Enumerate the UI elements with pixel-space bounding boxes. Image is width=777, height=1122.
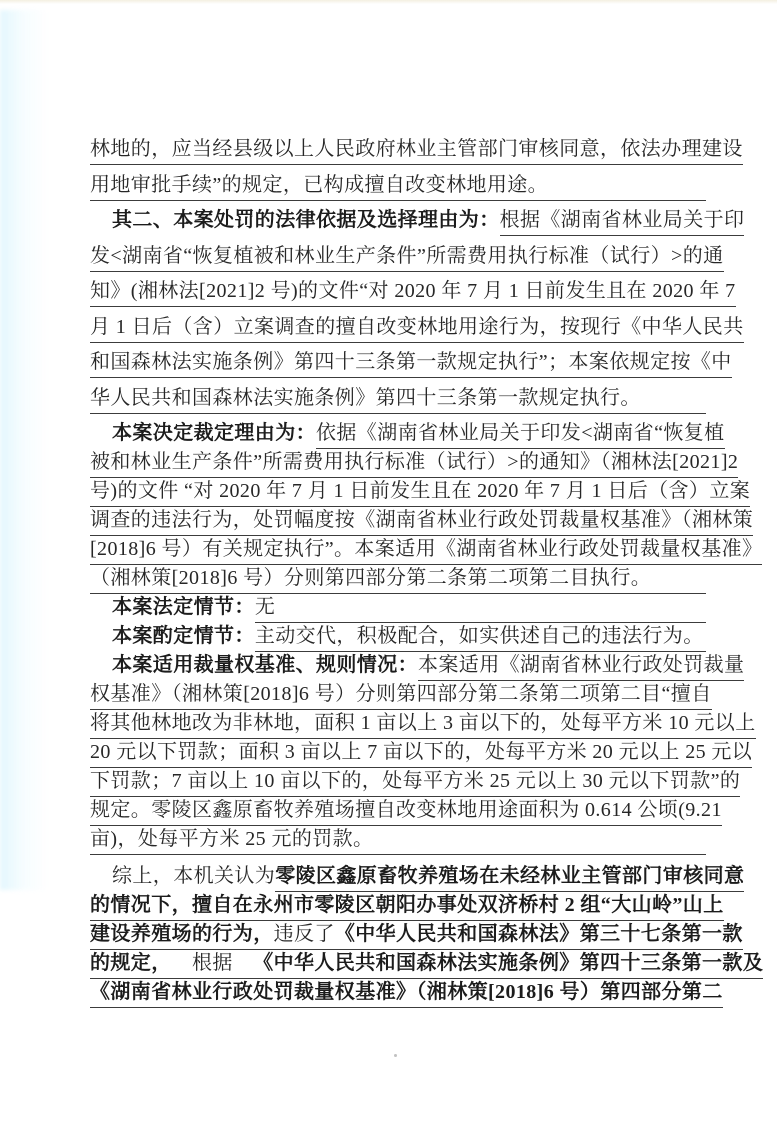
text-segment: 的情况下，擅自在永州市零陵区朝阳办事处双济桥村 2 组“大山岭”山上 (90, 893, 724, 921)
text-line: 和国森林法实施条例》第四十三条第一款规定执行”；本案依规定按《中 (90, 350, 706, 386)
underline-filler (641, 386, 706, 414)
text-segment: 权基准》（湘林策[2018]6 号）分则第四部分第二条第二项第二目“擅自 (90, 682, 712, 710)
text-line: 知》(湘林法[2021]2 号)的文件“对 2020 年 7 月 1 日前发生且… (90, 279, 706, 315)
text-segment: 《湖南省林业行政处罚裁量权基准》（湘林策[2018]6 号）第四部分第二 (90, 980, 723, 1008)
text-segment: 调查的违法行为，处罚幅度按《湖南省林业行政处罚裁量权基准》（湘林策 (90, 508, 753, 536)
text-line: 林地的，应当经县级以上人民政府林业主管部门审核同意，依法办理建设 (90, 137, 706, 173)
text-line: 下罚款；7 亩以上 10 亩以下的，处每平方米 25 元以上 30 元以下罚款”… (90, 769, 706, 798)
underline-filler (373, 827, 706, 855)
text-line: 20 元以下罚款；面积 3 亩以上 7 亩以下的，处每平方米 20 元以上 25… (90, 740, 706, 769)
text-segment: 号)的文件 “对 2020 年 7 月 1 日前发生且在 2020 年 7 月 … (90, 479, 750, 507)
text-segment: （湘林策[2018]6 号）分则第四部分第二条第二项第二目执行。 (90, 566, 651, 594)
text-segment: 主动交代，积极配合，如实供述自己的违法行为。 (255, 624, 704, 652)
text-segment: 根据《湖南省林业局关于印 (500, 208, 745, 236)
text-line: 亩)，处每平方米 25 元的罚款。 (90, 827, 706, 856)
underline-filler (275, 595, 706, 623)
text-line: 号)的文件 “对 2020 年 7 月 1 日前发生且在 2020 年 7 月 … (90, 479, 706, 508)
text-segment: 本案适用裁量权基准、规则情况： (112, 653, 418, 678)
text-segment: 发<湖南省“恢复植被和林业生产条件”所需费用执行标准（试行）>的通 (90, 244, 724, 272)
text-segment: 无 (255, 595, 275, 623)
text-segment: 《中华人民共和国森林法》第三十七条第一款 (335, 922, 743, 950)
text-segment: 根据 (172, 951, 254, 979)
text-segment: 和国森林法实施条例》第四十三条第一款规定执行”；本案依规定按《中 (90, 350, 732, 378)
text-segment: 华人民共和国森林法实施条例》第四十三条第一款规定执行。 (90, 386, 641, 414)
text-segment: 综上，本机关认为 (112, 864, 275, 889)
text-segment: 20 元以下罚款；面积 3 亩以上 7 亩以下的，处每平方米 20 元以上 25… (90, 740, 752, 768)
document-body: 林地的，应当经县级以上人民政府林业主管部门审核同意，依法办理建设用地审批手续”的… (90, 137, 706, 1009)
text-line: 《湖南省林业行政处罚裁量权基准》（湘林策[2018]6 号）第四部分第二 (90, 980, 706, 1009)
scan-left-edge-artifact (0, 10, 48, 890)
text-segment: 其二、本案处罚的法律依据及选择理由为： (112, 208, 500, 233)
text-line: 本案决定裁定理由为：依据《湖南省林业局关于印发<湖南省“恢复植 (90, 421, 706, 450)
text-segment: 依据《湖南省林业局关于印发<湖南省“恢复植 (316, 421, 725, 449)
text-segment: 本案适用《湖南省林业行政处罚裁量 (418, 653, 744, 681)
text-line: 本案法定情节：无 (90, 595, 706, 624)
text-line: 用地审批手续”的规定，已构成擅自改变林地用途。 (90, 173, 706, 209)
text-line: 其二、本案处罚的法律依据及选择理由为：根据《湖南省林业局关于印 (90, 208, 706, 244)
text-segment: 月 1 日后（含）立案调查的擅自改变林地用途行为，按现行《中华人民共 (90, 315, 744, 343)
text-segment: 本案酌定情节： (112, 624, 255, 649)
text-segment: 零陵区鑫原畜牧养殖场在未经林业主管部门审核同意 (275, 864, 744, 892)
text-segment: 将其他林地改为非林地，面积 1 亩以上 3 亩以下的，处每平方米 10 元以上 (90, 711, 756, 739)
scan-speck-artifact (394, 1054, 397, 1057)
text-line: 月 1 日后（含）立案调查的擅自改变林地用途行为，按现行《中华人民共 (90, 315, 706, 351)
text-segment: 违反了 (274, 922, 335, 950)
text-segment: 《中华人民共和国森林法实施条例》第四十三条第一款及 (253, 951, 763, 979)
text-line: 将其他林地改为非林地，面积 1 亩以上 3 亩以下的，处每平方米 10 元以上 (90, 711, 706, 740)
underline-filler (651, 566, 706, 594)
underline-filler (548, 173, 706, 201)
text-segment: 建设养殖场的行为， (90, 922, 274, 950)
text-line: [2018]6 号）有关规定执行”。本案适用《湖南省林业行政处罚裁量权基准》 (90, 537, 706, 566)
text-line: 华人民共和国森林法实施条例》第四十三条第一款规定执行。 (90, 386, 706, 422)
text-segment: 亩)，处每平方米 25 元的罚款。 (90, 827, 373, 855)
text-line: 的情况下，擅自在永州市零陵区朝阳办事处双济桥村 2 组“大山岭”山上 (90, 893, 706, 922)
text-segment: 本案决定裁定理由为： (112, 421, 316, 446)
text-segment: 知》(湘林法[2021]2 号)的文件“对 2020 年 7 月 1 日前发生且… (90, 279, 736, 307)
text-line: 本案酌定情节：主动交代，积极配合，如实供述自己的违法行为。 (90, 624, 706, 653)
text-line: 规定。零陵区鑫原畜牧养殖场擅自改变林地用途面积为 0.614 公顷(9.21 (90, 798, 706, 827)
text-line: 被和林业生产条件”所需费用执行标准（试行）>的通知》（湘林法[2021]2 (90, 450, 706, 479)
text-line: 综上，本机关认为零陵区鑫原畜牧养殖场在未经林业主管部门审核同意 (90, 864, 706, 893)
underline-filler (704, 624, 706, 652)
text-segment: [2018]6 号）有关规定执行”。本案适用《湖南省林业行政处罚裁量权基准》 (90, 537, 762, 565)
text-line: 调查的违法行为，处罚幅度按《湖南省林业行政处罚裁量权基准》（湘林策 (90, 508, 706, 537)
text-segment: 下罚款；7 亩以上 10 亩以下的，处每平方米 25 元以上 30 元以下罚款”… (90, 769, 740, 797)
scanned-document-page: 林地的，应当经县级以上人民政府林业主管部门审核同意，依法办理建设用地审批手续”的… (0, 0, 777, 1122)
text-line: 建设养殖场的行为，违反了《中华人民共和国森林法》第三十七条第一款 (90, 922, 706, 951)
scan-top-edge-artifact (0, 0, 777, 4)
text-segment: 林地的，应当经县级以上人民政府林业主管部门审核同意，依法办理建设 (90, 137, 743, 165)
text-line: （湘林策[2018]6 号）分则第四部分第二条第二项第二目执行。 (90, 566, 706, 595)
text-line: 的规定， 根据 《中华人民共和国森林法实施条例》第四十三条第一款及 (90, 951, 706, 980)
text-line: 发<湖南省“恢复植被和林业生产条件”所需费用执行标准（试行）>的通 (90, 244, 706, 280)
text-segment: 本案法定情节： (112, 595, 255, 620)
text-line: 本案适用裁量权基准、规则情况：本案适用《湖南省林业行政处罚裁量 (90, 653, 706, 682)
text-segment: 被和林业生产条件”所需费用执行标准（试行）>的通知》（湘林法[2021]2 (90, 450, 738, 478)
text-segment: 规定。零陵区鑫原畜牧养殖场擅自改变林地用途面积为 0.614 公顷(9.21 (90, 798, 722, 826)
text-line: 权基准》（湘林策[2018]6 号）分则第四部分第二条第二项第二目“擅自 (90, 682, 706, 711)
text-segment: 的规定， (90, 951, 172, 979)
text-segment: 用地审批手续”的规定，已构成擅自改变林地用途。 (90, 173, 548, 201)
